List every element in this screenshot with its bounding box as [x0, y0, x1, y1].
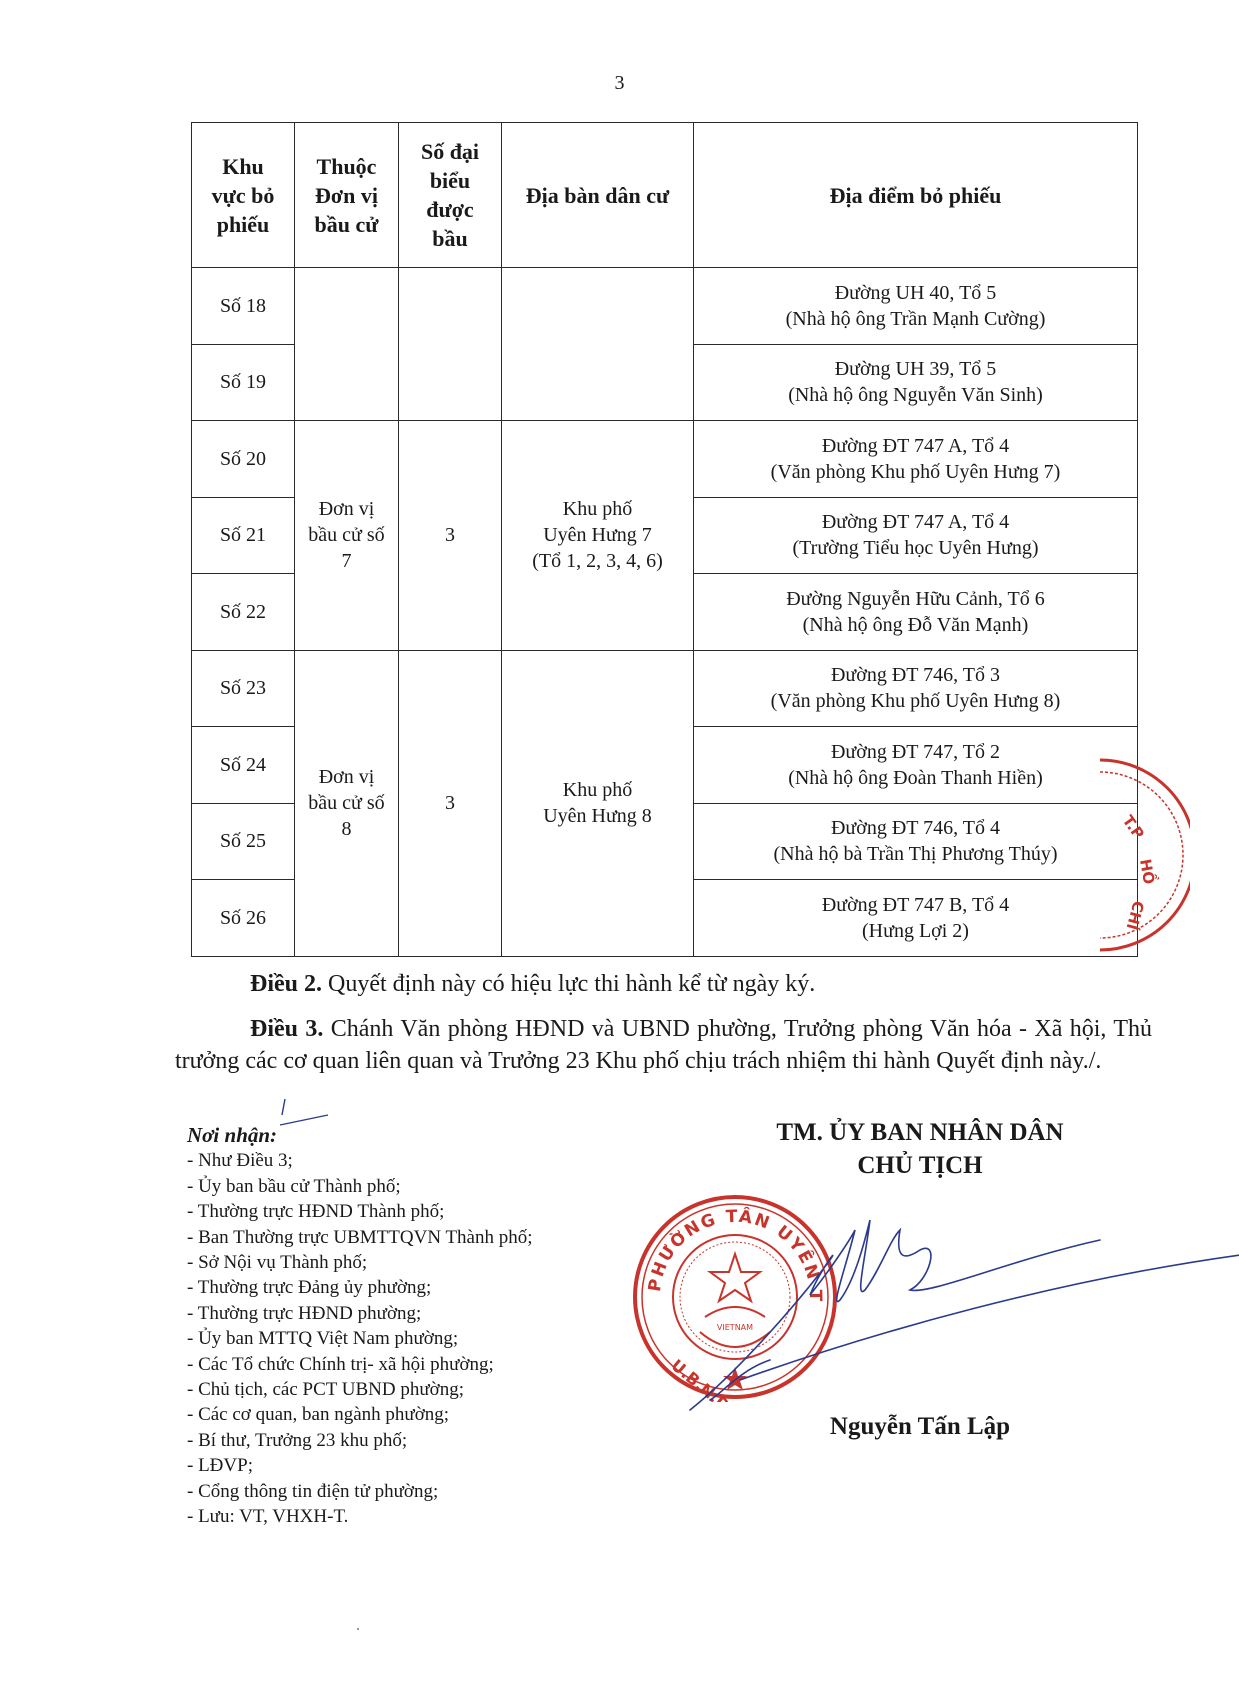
polling-location-cell: Đường UH 39, Tổ 5(Nhà hộ ông Nguyễn Văn …: [694, 344, 1138, 421]
cell-text-line: Khu phố: [506, 777, 689, 803]
polling-location-cell: Đường ĐT 746, Tổ 3(Văn phòng Khu phố Uyê…: [694, 650, 1138, 727]
cell-text-line: Địa bàn dân cư: [506, 181, 689, 210]
recipient-item: - Các cơ quan, ban ngành phường;: [187, 1402, 533, 1427]
recipient-item: - Ban Thường trực UBMTTQVN Thành phố;: [187, 1225, 533, 1250]
cell-text-line: (Tổ 1, 2, 3, 4, 6): [506, 548, 689, 574]
cell-text-line: Đường ĐT 747 A, Tổ 4: [698, 509, 1133, 535]
polling-area-cell: Số 20: [192, 421, 295, 498]
polling-location-cell: Đường ĐT 747 A, Tổ 4(Trường Tiểu học Uyê…: [694, 497, 1138, 574]
polling-location-cell: Đường ĐT 746, Tổ 4(Nhà hộ bà Trần Thị Ph…: [694, 803, 1138, 880]
cell-text-line: Đường Nguyễn Hữu Cảnh, Tổ 6: [698, 586, 1133, 612]
signer-position: CHỦ TỊCH: [700, 1149, 1140, 1182]
delegate-count-cell: [399, 268, 502, 421]
cell-text-line: Đường ĐT 747 A, Tổ 4: [698, 433, 1133, 459]
svg-text:HỒ: HỒ: [1136, 857, 1162, 886]
cell-text-line: Địa điểm bỏ phiếu: [698, 181, 1133, 210]
cell-text-line: (Nhà hộ bà Trần Thị Phương Thúy): [698, 841, 1133, 867]
cell-text-line: Đơn vị: [299, 764, 394, 790]
polling-area-cell: Số 22: [192, 574, 295, 651]
table-row: Số 18 Đường UH 40, Tổ 5(Nhà hộ ông Trần …: [192, 268, 1138, 345]
recipient-item: - Thường trực HĐND Thành phố;: [187, 1199, 533, 1224]
cell-text-line: biểu: [403, 166, 497, 195]
table-row: Số 20 Đơn vịbầu cử số7 3 Khu phốUyên Hưn…: [192, 421, 1138, 498]
cell-text-line: Đường UH 39, Tổ 5: [698, 356, 1133, 382]
svg-text:CHÍ: CHÍ: [1122, 899, 1148, 932]
delegate-count-cell: 3: [399, 650, 502, 956]
partial-stamp-icon: T.P HỒ CHÍ: [1090, 750, 1190, 960]
article-3: Điều 3. Chánh Văn phòng HĐND và UBND phư…: [175, 1013, 1152, 1077]
article-2-text: Quyết định này có hiệu lực thi hành kể t…: [322, 971, 815, 997]
cell-text-line: Khu: [196, 152, 290, 181]
cell-text-line: Đường ĐT 746, Tổ 4: [698, 815, 1133, 841]
polling-station-table: Khuvực bỏphiếu ThuộcĐơn vịbầu cử Số đạib…: [191, 122, 1138, 957]
polling-area-cell: Số 23: [192, 650, 295, 727]
page-number: 3: [0, 72, 1239, 95]
polling-area-cell: Số 18: [192, 268, 295, 345]
cell-text-line: vực bỏ: [196, 181, 290, 210]
header-electoral-unit: ThuộcĐơn vịbầu cử: [295, 123, 399, 268]
cell-text-line: (Nhà hộ ông Đoàn Thanh Hiền): [698, 765, 1133, 791]
recipient-item: - Ủy ban bầu cử Thành phố;: [187, 1174, 533, 1199]
cell-text-line: (Nhà hộ ông Trần Mạnh Cường): [698, 306, 1133, 332]
article-2-label: Điều 2.: [250, 971, 322, 997]
cell-text-line: Đơn vị: [299, 181, 394, 210]
polling-area-cell: Số 26: [192, 880, 295, 957]
cell-text-line: Khu phố: [506, 496, 689, 522]
polling-area-cell: Số 25: [192, 803, 295, 880]
recipient-items: - Như Điều 3;- Ủy ban bầu cử Thành phố;-…: [187, 1148, 533, 1529]
header-polling-location: Địa điểm bỏ phiếu: [694, 123, 1138, 268]
cell-text-line: Thuộc: [299, 152, 394, 181]
recipient-item: - Lưu: VT, VHXH-T.: [187, 1504, 533, 1529]
recipient-item: - Cổng thông tin điện tử phường;: [187, 1479, 533, 1504]
signature-block: TM. ỦY BAN NHÂN DÂN CHỦ TỊCH: [700, 1116, 1140, 1182]
recipient-item: - Chủ tịch, các PCT UBND phường;: [187, 1377, 533, 1402]
cell-text-line: (Văn phòng Khu phố Uyên Hưng 8): [698, 688, 1133, 714]
header-delegate-count: Số đạibiểuđượcbầu: [399, 123, 502, 268]
cell-text-line: Đường ĐT 746, Tổ 3: [698, 662, 1133, 688]
cell-text-line: Đường ĐT 747 B, Tổ 4: [698, 892, 1133, 918]
cell-text-line: phiếu: [196, 210, 290, 239]
polling-location-cell: Đường ĐT 747, Tổ 2(Nhà hộ ông Đoàn Thanh…: [694, 727, 1138, 804]
polling-location-cell: Đường UH 40, Tổ 5(Nhà hộ ông Trần Mạnh C…: [694, 268, 1138, 345]
polling-area-cell: Số 21: [192, 497, 295, 574]
cell-text-line: bầu cử số: [299, 522, 394, 548]
cell-text-line: Đường ĐT 747, Tổ 2: [698, 739, 1133, 765]
recipient-item: - Thường trực Đảng ủy phường;: [187, 1275, 533, 1300]
electoral-unit-cell: Đơn vịbầu cử số7: [295, 421, 399, 651]
recipient-item: - LĐVP;: [187, 1453, 533, 1478]
cell-text-line: Đơn vị: [299, 496, 394, 522]
polling-area-cell: Số 19: [192, 344, 295, 421]
cell-text-line: Uyên Hưng 7: [506, 522, 689, 548]
signer-authority: TM. ỦY BAN NHÂN DÂN: [700, 1116, 1140, 1149]
delegate-count-cell: 3: [399, 421, 502, 651]
handwritten-signature-icon: [680, 1200, 1239, 1420]
electoral-unit-cell: Đơn vịbầu cử số8: [295, 650, 399, 956]
svg-text:T.P: T.P: [1119, 812, 1148, 843]
recipient-item: - Ủy ban MTTQ Việt Nam phường;: [187, 1326, 533, 1351]
cell-text-line: 8: [299, 816, 394, 842]
recipient-item: - Các Tổ chức Chính trị- xã hội phường;: [187, 1352, 533, 1377]
recipient-item: - Sở Nội vụ Thành phố;: [187, 1250, 533, 1275]
residential-area-cell: [502, 268, 694, 421]
header-residential-area: Địa bàn dân cư: [502, 123, 694, 268]
recipients-heading: Nơi nhận:: [187, 1123, 533, 1148]
article-3-label: Điều 3.: [250, 1016, 323, 1042]
polling-area-cell: Số 24: [192, 727, 295, 804]
recipient-item: - Bí thư, Trưởng 23 khu phố;: [187, 1428, 533, 1453]
cell-text-line: bầu cử số: [299, 790, 394, 816]
table-header-row: Khuvực bỏphiếu ThuộcĐơn vịbầu cử Số đạib…: [192, 123, 1138, 268]
cell-text-line: Uyên Hưng 8: [506, 803, 689, 829]
cell-text-line: bầu: [403, 224, 497, 253]
cell-text-line: (Nhà hộ ông Đỗ Văn Mạnh): [698, 612, 1133, 638]
polling-location-cell: Đường ĐT 747 A, Tổ 4(Văn phòng Khu phố U…: [694, 421, 1138, 498]
signer-name: Nguyễn Tấn Lập: [700, 1413, 1140, 1441]
cell-text-line: (Trường Tiểu học Uyên Hưng): [698, 535, 1133, 561]
cell-text-line: (Hưng Lợi 2): [698, 918, 1133, 944]
residential-area-cell: Khu phốUyên Hưng 8: [502, 650, 694, 956]
cell-text-line: bầu cử: [299, 210, 394, 239]
residential-area-cell: Khu phốUyên Hưng 7(Tổ 1, 2, 3, 4, 6): [502, 421, 694, 651]
electoral-unit-cell: [295, 268, 399, 421]
recipients-list: Nơi nhận: - Như Điều 3;- Ủy ban bầu cử T…: [187, 1123, 533, 1530]
recipient-item: - Như Điều 3;: [187, 1148, 533, 1173]
cell-text-line: (Nhà hộ ông Nguyễn Văn Sinh): [698, 382, 1133, 408]
recipient-item: - Thường trực HĐND phường;: [187, 1301, 533, 1326]
header-polling-area: Khuvực bỏphiếu: [192, 123, 295, 268]
cell-text-line: Đường UH 40, Tổ 5: [698, 280, 1133, 306]
polling-location-cell: Đường Nguyễn Hữu Cảnh, Tổ 6(Nhà hộ ông Đ…: [694, 574, 1138, 651]
table-row: Số 23 Đơn vịbầu cử số8 3 Khu phốUyên Hưn…: [192, 650, 1138, 727]
article-2: Điều 2. Quyết định này có hiệu lực thi h…: [250, 968, 1140, 1000]
cell-text-line: được: [403, 195, 497, 224]
cell-text-line: (Văn phòng Khu phố Uyên Hưng 7): [698, 459, 1133, 485]
cell-text-line: 7: [299, 548, 394, 574]
polling-location-cell: Đường ĐT 747 B, Tổ 4(Hưng Lợi 2): [694, 880, 1138, 957]
cell-text-line: Số đại: [403, 137, 497, 166]
scan-speck: [357, 1628, 359, 1630]
